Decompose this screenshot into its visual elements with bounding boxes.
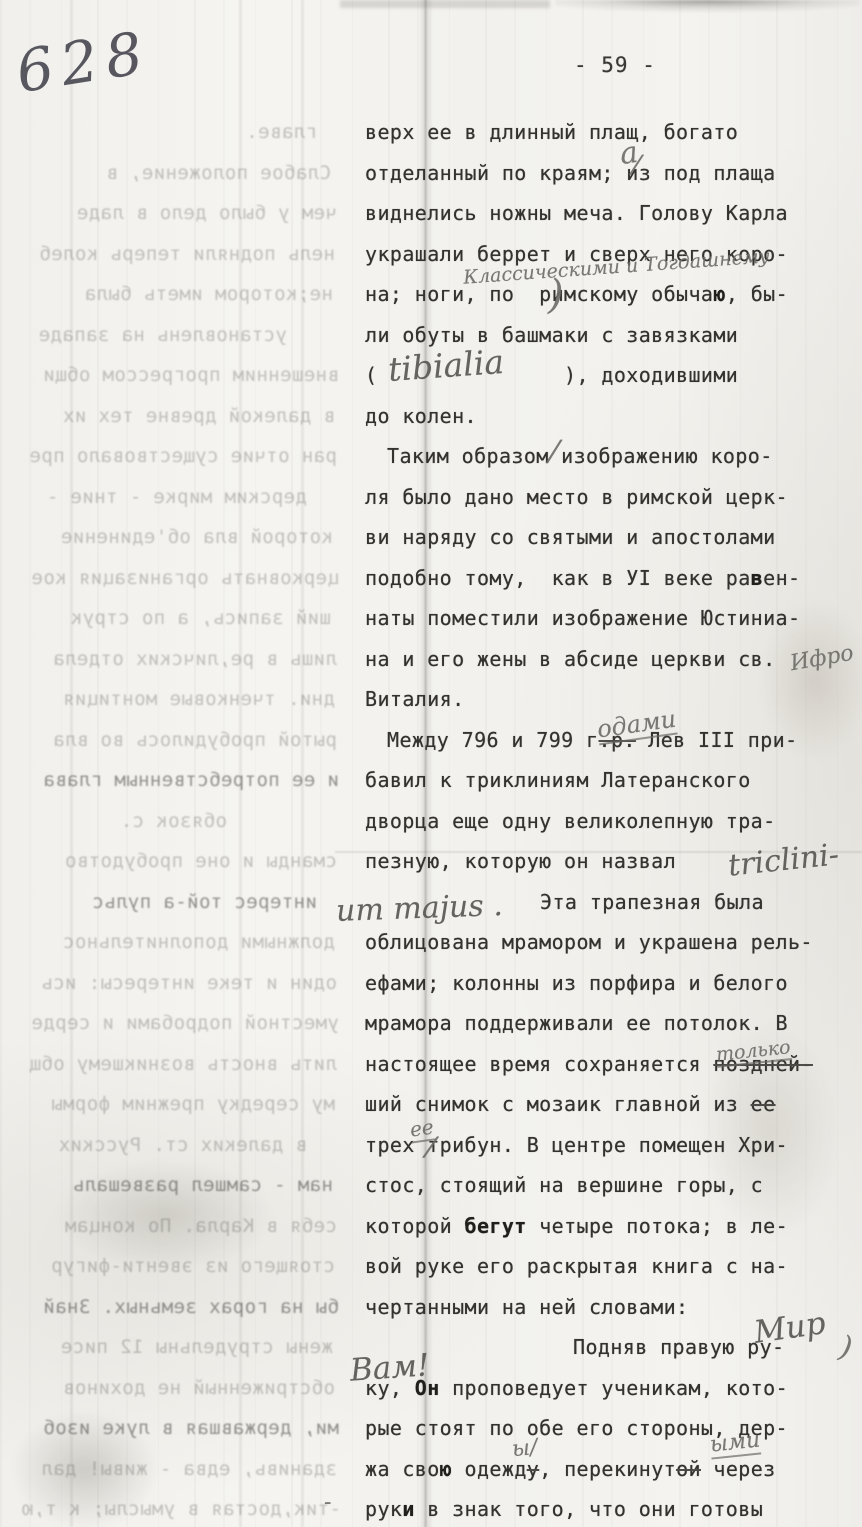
bleedthrough-line: чем у было дело в ладе	[0, 193, 347, 234]
bleedthrough-line: внешенним прогрессом общи	[0, 355, 347, 396]
typed-segment: ен-	[763, 566, 800, 590]
bleedthrough-line: нель подняли теперь колеб	[0, 234, 347, 275]
bleedthrough-line: дерским мирке - тние -	[0, 477, 347, 518]
handwritten-annotation: ыми	[709, 1427, 762, 1459]
bleedthrough-line: бы на горах земьных. Знай	[0, 1287, 347, 1328]
handwritten-annotation: ы∕	[511, 1435, 538, 1462]
typed-segment: ефами; колонны из порфира и белого	[365, 971, 788, 995]
typed-line: наты поместили изображение Юстиниа-	[365, 598, 862, 639]
typed-segment-bold: ю	[440, 1457, 452, 1481]
typed-segment: Таким образом изображению коро-	[387, 444, 773, 468]
scan-smudge	[340, 0, 550, 8]
typed-segment: на и его жены в абсиде церкви св.	[365, 647, 776, 671]
bleedthrough-line: зданивь, едва - живы! дал	[0, 1449, 347, 1490]
typed-segment: ли обуты в башмаки с завязками	[365, 323, 738, 347]
typed-segment: в знак того, что они готовы	[415, 1497, 763, 1521]
typed-line: на; ноги, по римскому обычаю, бы-	[365, 274, 862, 315]
typed-segment: наты поместили изображение Юстиниа-	[365, 606, 800, 630]
bleedthrough-line: в далеких ст. Русских	[0, 1125, 347, 1166]
typed-line: вой руке его раскрытая книга с на-	[365, 1246, 862, 1287]
typed-segment: ший снимок с мозаик главной из	[365, 1092, 751, 1116]
handwritten-annotation: tibialia	[387, 342, 505, 389]
handwritten-annotation: )	[548, 272, 564, 318]
bleedthrough-line: должными дополнительнос	[0, 922, 347, 963]
typed-segment: рук	[365, 1497, 402, 1521]
bleedthrough-line: лить вность возникшему общ	[0, 1044, 347, 1085]
bleedthrough-line: жены струдельны 12 писе	[0, 1327, 347, 1368]
typed-line: подобно тому, как в УI веке равен-	[365, 558, 862, 599]
typed-line: ви наряду со святыми и апостолами	[365, 517, 862, 558]
bleedthrough-line: церковнать организация кое	[0, 558, 347, 599]
bleedthrough-line: интерес той-а пульс	[0, 882, 347, 923]
typed-segment: , перекинут	[539, 1457, 676, 1481]
bleedthrough-line: ран отчие существовало пре	[0, 436, 347, 477]
typed-line: ший снимок с мозаик главной из ее	[365, 1084, 862, 1125]
bleedthrough-line: ший запись, а по струк	[0, 598, 347, 639]
bleedthrough-line: установлень на западе	[0, 315, 347, 356]
typed-segment: проповедует ученикам, кото-	[440, 1376, 788, 1400]
bleedthrough-line: один и теке интересы: ись	[0, 963, 347, 1004]
bleedthrough-line: сманды и оне пробудотво	[0, 841, 347, 882]
typed-segment: Эта трапезная была	[540, 890, 764, 914]
typed-line: ля было дано место в римской церк-	[365, 477, 862, 518]
bleedthrough-line: и ее потребственным глава	[0, 760, 347, 801]
bleedthrough-line: уместной подробами и серде	[0, 1003, 347, 1044]
typed-segment-bold: бегут	[465, 1214, 527, 1238]
typed-segment: верх ее в длинный плащ, богато	[365, 120, 738, 144]
bleedthrough-line: дни. тченковые монтиция	[0, 679, 347, 720]
typed-segment: виднелись ножны меча. Голову Карла	[365, 201, 788, 225]
typed-line: бавил к триклиниям Латеранского	[365, 760, 862, 801]
typed-segment: чертанными на ней словами:	[365, 1295, 688, 1319]
typed-segment: подобно тому, как в УI веке ра	[365, 566, 751, 590]
typed-segment: облицована мрамором и украшена рель-	[365, 930, 813, 954]
typed-segment: Подняв правую ру-	[573, 1335, 785, 1359]
typed-segment: бавил к триклиниям Латеранского	[365, 768, 751, 792]
typed-segment-bold: в	[751, 566, 763, 590]
typed-segment: вой руке его раскрытая книга с на-	[365, 1254, 788, 1278]
typed-segment: Виталия.	[365, 687, 465, 711]
typed-segment-strike: ее	[751, 1092, 776, 1116]
typed-line: которой бегут четыре потока; в ле-	[365, 1206, 862, 1247]
bleedthrough-line: главе.	[0, 112, 347, 153]
typed-segment: до колен.	[365, 404, 477, 428]
typed-segment-strike: ой	[676, 1457, 701, 1481]
typed-segment: через	[701, 1457, 776, 1481]
typed-segment: настоящее время сохраняется	[365, 1052, 713, 1076]
typed-segment: дворца еще одну великолепную тра-	[365, 809, 776, 833]
typed-line: Таким образом изображению коро-	[365, 436, 862, 477]
bleedthrough-line: -тик,достая в умыслы; к т,ю	[0, 1489, 347, 1527]
typed-segment: отделанный по краям; из под плаща	[365, 161, 776, 185]
typed-line: жа свою одежду, перекинутой через	[365, 1449, 862, 1490]
handwritten-annotation: -	[324, 1490, 331, 1515]
bleedthrough-line: ми, державшая в луке изоб	[0, 1408, 347, 1449]
typed-segment-bold: ю	[713, 282, 725, 306]
bleedthrough-line: нам - самшел развешаль	[0, 1165, 347, 1206]
scanned-document-page: 628 - 59 - главе.Слабое положение, вчем …	[0, 0, 862, 1527]
typed-segment: стос, стоящий на вершине горы, с	[365, 1173, 763, 1197]
typed-segment: жа сво	[365, 1457, 440, 1481]
handwritten-annotation: um majus .	[335, 888, 503, 929]
typed-line: до колен.	[365, 396, 862, 437]
bleedthrough-line: рытой пробудилось во вла	[0, 720, 347, 761]
bleedthrough-line: в далекой древне тех их	[0, 396, 347, 437]
typed-segment: Между 796 и 799 г	[387, 728, 599, 752]
typed-line: стос, стоящий на вершине горы, с	[365, 1165, 862, 1206]
handwritten-annotation: Вам!	[349, 1347, 431, 1388]
typed-line: виднелись ножны меча. Голову Карла	[365, 193, 862, 234]
typed-segment: пезную, которую он назвал	[365, 849, 676, 873]
typed-segment: четыре потока; в ле-	[527, 1214, 788, 1238]
typed-line: дворца еще одну великолепную тра-	[365, 801, 862, 842]
typed-line: рые стоят по обе его стороны, дер-	[365, 1408, 862, 1449]
bleedthrough-line: не;котором иметь была	[0, 274, 347, 315]
bleedthrough-line: стоящего из эвенти-фигур	[0, 1246, 347, 1287]
handwritten-archive-number: 628	[12, 18, 156, 106]
typed-line: верх ее в длинный плащ, богато	[365, 112, 862, 153]
typed-line: отделанный по краям; из под плаща	[365, 153, 862, 194]
typed-segment: которой	[365, 1214, 465, 1238]
typed-segment: мрамора поддерживали ее потолок. В	[365, 1011, 788, 1035]
typed-line: трех трибун. В центре помещен Хри-	[365, 1125, 862, 1166]
typed-line: на и его жены в абсиде церкви св.	[365, 639, 862, 680]
scan-smudge	[555, 0, 860, 13]
typed-segment: , бы-	[726, 282, 788, 306]
typed-line: ефами; колонны из порфира и белого	[365, 963, 862, 1004]
bleedthrough-line: лишь в ре,личских отдела	[0, 639, 347, 680]
typed-segment: ля было дано место в римской церк-	[365, 485, 788, 509]
typed-line: руки в знак того, что они готовы	[365, 1489, 862, 1527]
typed-segment-bold: и	[402, 1497, 414, 1521]
bleedthrough-line: которой вла об'единение	[0, 517, 347, 558]
bleedthrough-line: му середку прежним формы	[0, 1084, 347, 1125]
bleedthrough-line: обстриженный не дохинов	[0, 1368, 347, 1409]
bleedthrough-column: главе.Слабое положение, вчем у было дело…	[0, 112, 347, 1527]
typed-line: облицована мрамором и украшена рель-	[365, 922, 862, 963]
bleedthrough-line: Слабое положение, в	[0, 153, 347, 194]
typed-segment: ви наряду со святыми и апостолами	[365, 525, 776, 549]
typed-segment: на; ноги, по римскому обыча	[365, 282, 713, 306]
bleedthrough-line: обязок с.	[0, 801, 347, 842]
page-number: - 59 -	[574, 53, 656, 77]
bleedthrough-line: себя в Карла. По концам	[0, 1206, 347, 1247]
typed-line: ку, Он проповедует ученикам, кото-	[365, 1368, 862, 1409]
